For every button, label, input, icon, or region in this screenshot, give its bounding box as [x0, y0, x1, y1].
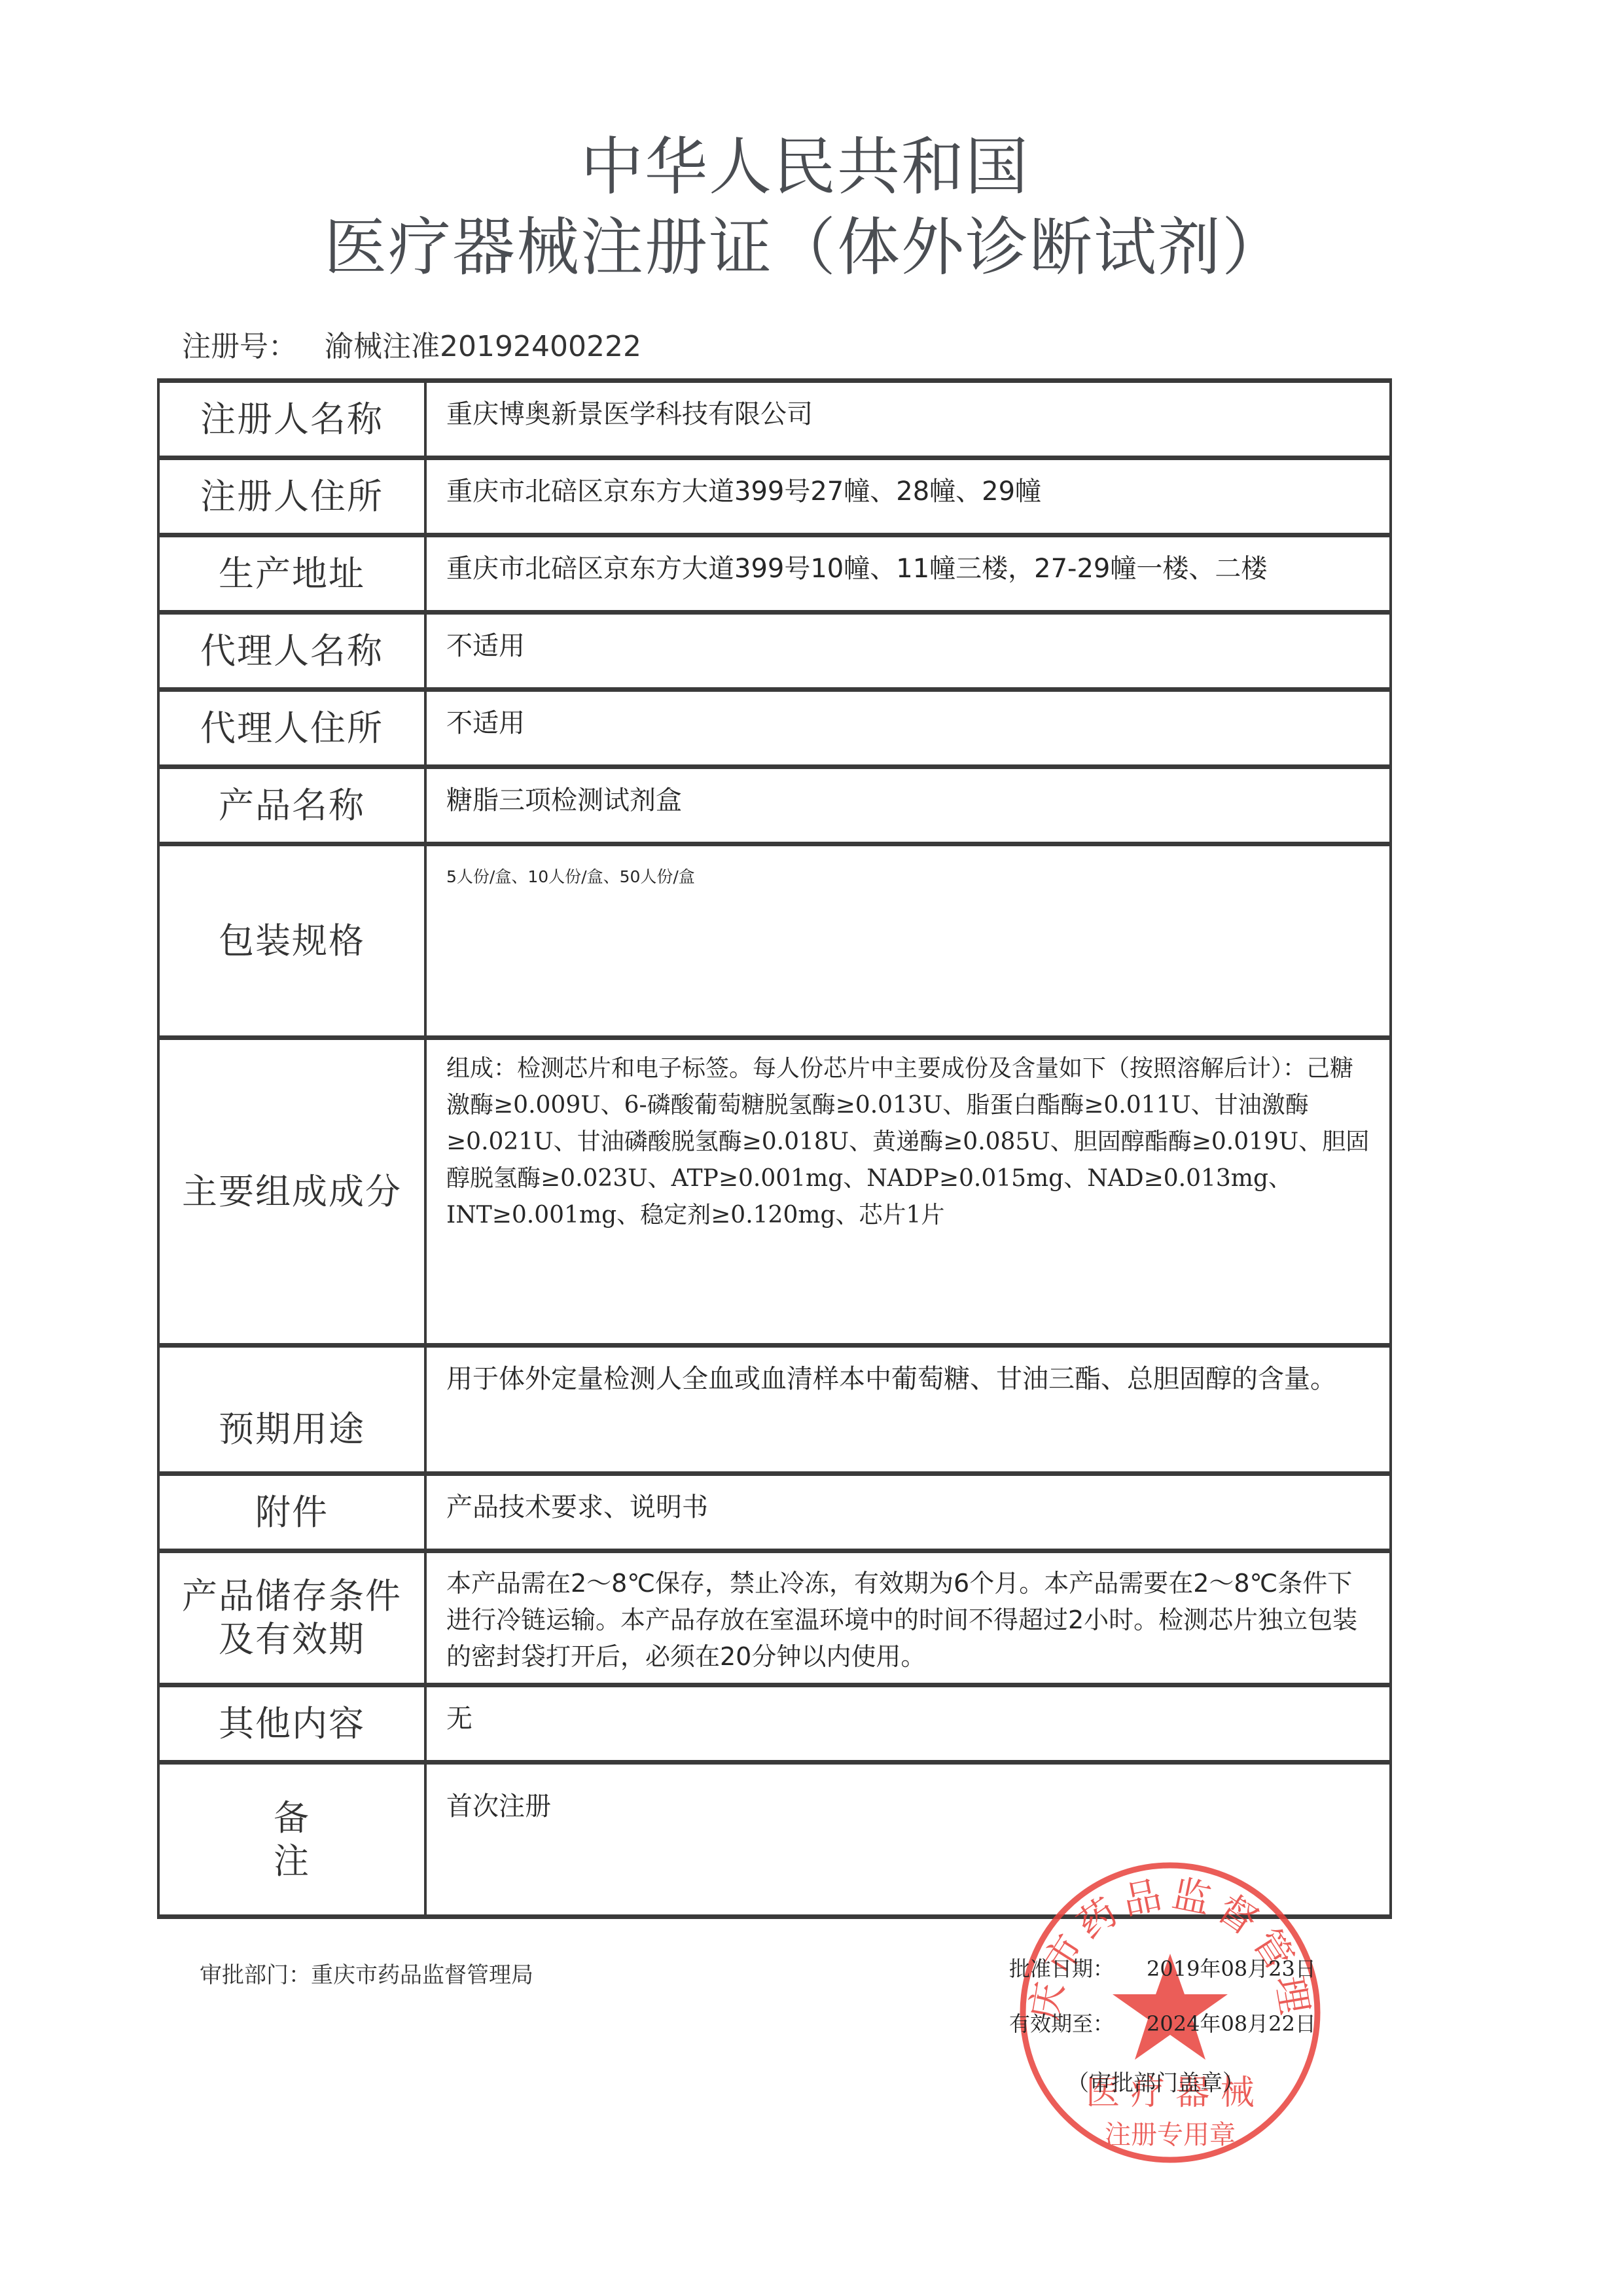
certificate-title-country: 中华人民共和国: [0, 128, 1616, 206]
row-label: 生产地址: [158, 535, 425, 613]
row-value-main-components: 组成：检测芯片和电子标签。每人份芯片中主要成份及含量如下（按照溶解后计）：己糖激…: [425, 1038, 1391, 1346]
approval-department-value: 重庆市药品监督管理局: [311, 1962, 533, 1988]
registration-number-line: 注册号：渝械注准20192400222: [182, 327, 641, 367]
registration-number-label: 注册号：: [182, 330, 297, 363]
row-label-remarks: 备 注: [158, 1763, 425, 1917]
row-value-storage-validity: 本产品需在2～8℃保存，禁止冷冻，有效期为6个月。本产品需要在2～8℃条件下进行…: [425, 1551, 1391, 1685]
valid-until-row: 有效期至：2024年08月22日: [1009, 2009, 1316, 2039]
row-value-other: 无: [425, 1685, 1391, 1763]
row-label-line1: 产品储存条件: [182, 1575, 402, 1618]
approval-department: 审批部门：重庆市药品监督管理局: [200, 1960, 533, 1990]
row-label: 代理人住所: [158, 690, 425, 767]
approval-date-label: 批准日期：: [1009, 1954, 1147, 1984]
certificate-table: 注册人名称 重庆博奥新景医学科技有限公司 注册人住所 重庆市北碚区京东方大道39…: [157, 378, 1392, 1919]
table-row-intended-use: 预期用途 用于体外定量检测人全血或血清样本中葡萄糖、甘油三酯、总胆固醇的含量。: [158, 1346, 1391, 1474]
certificate-title-type: 医疗器械注册证（体外诊断试剂）: [0, 208, 1616, 287]
row-value-registrant-address: 重庆市北碚区京东方大道399号27幢、28幢、29幢: [425, 458, 1391, 535]
table-row-other: 其他内容 无: [158, 1685, 1391, 1763]
row-label: 注册人住所: [158, 458, 425, 535]
table-row-attachments: 附件 产品技术要求、说明书: [158, 1474, 1391, 1551]
row-label-storage: 产品储存条件 及有效期: [158, 1551, 425, 1685]
approval-department-label: 审批部门：: [200, 1962, 311, 1988]
footer-dates: 批准日期：2019年08月23日 有效期至：2024年08月22日: [1009, 1954, 1316, 2064]
row-value-attachments: 产品技术要求、说明书: [425, 1474, 1391, 1551]
row-label: 其他内容: [158, 1685, 425, 1763]
row-label: 产品名称: [158, 767, 425, 844]
table-row-agent-address: 代理人住所 不适用: [158, 690, 1391, 767]
row-value-registrant-name: 重庆博奥新景医学科技有限公司: [425, 381, 1391, 458]
table-row-registrant-name: 注册人名称 重庆博奥新景医学科技有限公司: [158, 381, 1391, 458]
registration-number-value: 渝械注准20192400222: [325, 330, 641, 363]
table-row-product-name: 产品名称 糖脂三项检测试剂盒: [158, 767, 1391, 844]
seal-note: （审批部门盖章）: [1067, 2068, 1245, 2098]
approval-date-value: 2019年08月23日: [1147, 1956, 1316, 1981]
row-value-intended-use: 用于体外定量检测人全血或血清样本中葡萄糖、甘油三酯、总胆固醇的含量。: [425, 1346, 1391, 1474]
row-label: 主要组成成分: [158, 1038, 425, 1346]
table-row-production-address: 生产地址 重庆市北碚区京东方大道399号10幢、11幢三楼，27-29幢一楼、二…: [158, 535, 1391, 613]
row-value-package-spec: 5人份/盒、10人份/盒、50人份/盒: [425, 844, 1391, 1038]
table-row-storage-validity: 产品储存条件 及有效期 本产品需在2～8℃保存，禁止冷冻，有效期为6个月。本产品…: [158, 1551, 1391, 1685]
approval-date-row: 批准日期：2019年08月23日: [1009, 1954, 1316, 1984]
row-label: 代理人名称: [158, 613, 425, 690]
row-label: 附件: [158, 1474, 425, 1551]
row-value-production-address: 重庆市北碚区京东方大道399号10幢、11幢三楼，27-29幢一楼、二楼: [425, 535, 1391, 613]
row-value-agent-address: 不适用: [425, 690, 1391, 767]
row-label-line2: 及有效期: [219, 1618, 365, 1661]
table-row-main-components: 主要组成成分 组成：检测芯片和电子标签。每人份芯片中主要成份及含量如下（按照溶解…: [158, 1038, 1391, 1346]
row-label: 预期用途: [158, 1346, 425, 1474]
valid-until-value: 2024年08月22日: [1147, 2011, 1316, 2036]
table-row-package-spec: 包装规格 5人份/盒、10人份/盒、50人份/盒: [158, 844, 1391, 1038]
row-value-product-name: 糖脂三项检测试剂盒: [425, 767, 1391, 844]
seal-bottom-text: 注册专用章: [1105, 2120, 1236, 2150]
row-label-line2: 注: [274, 1840, 310, 1883]
valid-until-label: 有效期至：: [1009, 2009, 1147, 2039]
row-label-line1: 备: [274, 1797, 310, 1840]
table-row-agent-name: 代理人名称 不适用: [158, 613, 1391, 690]
row-label: 注册人名称: [158, 381, 425, 458]
table-row-registrant-address: 注册人住所 重庆市北碚区京东方大道399号27幢、28幢、29幢: [158, 458, 1391, 535]
row-value-agent-name: 不适用: [425, 613, 1391, 690]
row-label: 包装规格: [158, 844, 425, 1038]
